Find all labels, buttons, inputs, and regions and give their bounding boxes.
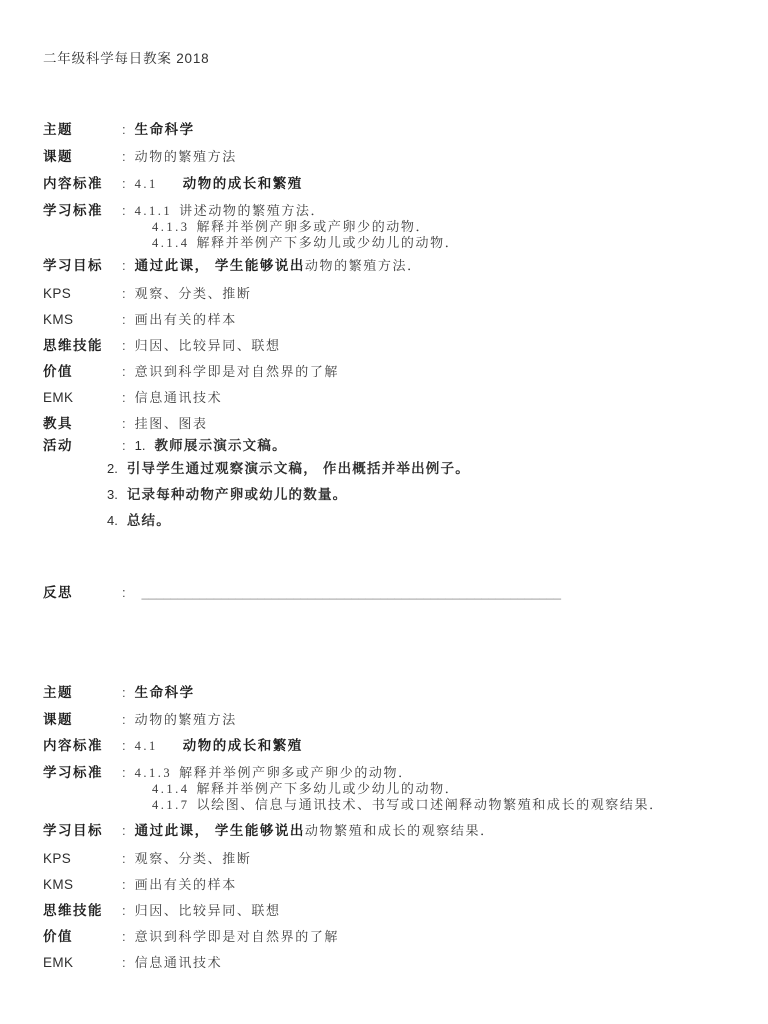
field-value: 信息通讯技术: [135, 390, 223, 406]
field-value: 解释并举例产卵多或产卵少的动物．: [197, 219, 431, 235]
field-row-emk: EMK:信息通讯技术: [43, 390, 222, 406]
field-value: 动物的繁殖方法: [135, 149, 237, 165]
field-label-content-standard: 内容标准: [43, 176, 122, 192]
field-row-kps: KPS:观察、分类、推断: [43, 851, 251, 867]
field-row-kms: KMS:画出有关的样本: [43, 312, 237, 328]
colon-separator: :: [122, 122, 126, 138]
field-value: 4.1.7: [152, 797, 190, 813]
field-row-content-standard: 内容标准:4.1动物的成长和繁殖: [43, 738, 303, 754]
field-value: 归因、比较异同、联想: [135, 903, 281, 919]
field-value: 动物的繁殖方法: [135, 712, 237, 728]
field-row-values: 价值:意识到科学即是对自然界的了解: [43, 364, 339, 380]
field-label-emk: EMK: [43, 955, 122, 971]
field-value: 意识到科学即是对自然界的了解: [135, 364, 339, 380]
field-label-reflection: 反思: [43, 585, 122, 601]
field-value: 归因、比较异同、联想: [135, 338, 281, 354]
colon-separator: :: [122, 149, 126, 165]
field-value: 解释并举例产下多幼儿或少幼儿的动物．: [197, 235, 460, 251]
field-label-content-standard: 内容标准: [43, 738, 122, 754]
colon-separator: :: [122, 286, 126, 302]
colon-separator: :: [122, 203, 126, 219]
field-row-kps: KPS:观察、分类、推断: [43, 286, 251, 302]
colon-separator: :: [122, 851, 126, 867]
field-row-learning-objective: 学习目标:通过此课， 学生能够说出动物的繁殖方法．: [43, 258, 422, 274]
field-value: 画出有关的样本: [135, 877, 237, 893]
field-value: 以绘图、信息与通讯技术、书写或口述阐释动物繁殖和成长的观察结果．: [197, 797, 664, 813]
field-label-kps: KPS: [43, 851, 122, 867]
field-value: 讲述动物的繁殖方法．: [179, 203, 325, 219]
colon-separator: :: [122, 416, 126, 432]
field-value: 4.1.3: [152, 219, 190, 235]
field-row-learning-standard: 学习标准:4.1.3解释并举例产卵多或产卵少的动物．: [43, 765, 413, 781]
field-row-theme: 主题:生命科学: [43, 685, 195, 701]
colon-separator: :: [122, 929, 126, 945]
field-label-topic: 课题: [43, 149, 122, 165]
field-label-emk: EMK: [43, 390, 122, 406]
field-row-thinking-skills: 思维技能:归因、比较异同、联想: [43, 903, 281, 919]
document-title: 二年级科学每日教案 2018: [43, 47, 209, 67]
field-value: 信息通讯技术: [135, 955, 223, 971]
field-value: 教师展示演示文稿。: [154, 438, 286, 454]
field-value: 生命科学: [135, 122, 195, 138]
field-value: 解释并举例产下多幼儿或少幼儿的动物．: [197, 781, 460, 797]
colon-separator: :: [122, 877, 126, 893]
field-row-learning-standard-item: 4.1.7以绘图、信息与通讯技术、书写或口述阐释动物繁殖和成长的观察结果．: [152, 797, 664, 813]
field-row-emk: EMK:信息通讯技术: [43, 955, 222, 971]
colon-separator: :: [122, 338, 126, 354]
field-value: 引导学生通过观察演示文稿， 作出概括并举出例子。: [127, 461, 470, 477]
colon-separator: :: [122, 312, 126, 328]
field-row-teaching-aids: 教具:挂图、图表: [43, 416, 208, 432]
field-label-thinking-skills: 思维技能: [43, 903, 122, 919]
field-label-learning-objective: 学习目标: [43, 258, 122, 274]
field-value: 通过此课， 学生能够说出: [135, 258, 305, 274]
colon-separator: :: [122, 738, 126, 754]
field-row-activity-item: 4.总结。: [107, 513, 171, 529]
field-row-reflection: 反思:_____________________________________…: [43, 585, 561, 601]
colon-separator: :: [122, 903, 126, 919]
field-label-theme: 主题: [43, 685, 122, 701]
field-value: 解释并举例产卵多或产卵少的动物．: [179, 765, 413, 781]
field-row-content-standard: 内容标准:4.1动物的成长和繁殖: [43, 176, 303, 192]
field-value: 记录每种动物产卵或幼儿的数量。: [127, 487, 348, 503]
field-row-learning-standard-item: 4.1.3解释并举例产卵多或产卵少的动物．: [152, 219, 430, 235]
field-row-activity-item: 2.引导学生通过观察演示文稿， 作出概括并举出例子。: [107, 461, 470, 477]
colon-separator: :: [122, 258, 126, 274]
field-value: 动物的成长和繁殖: [183, 176, 303, 192]
field-label-learning-standard: 学习标准: [43, 203, 122, 219]
field-label-values: 价值: [43, 364, 122, 380]
field-row-theme: 主题:生命科学: [43, 122, 195, 138]
field-value: 挂图、图表: [135, 416, 208, 432]
field-value: 动物繁殖和成长的观察结果．: [305, 823, 495, 839]
field-label-learning-objective: 学习目标: [43, 823, 122, 839]
field-value: 4.1: [135, 176, 158, 192]
field-label-values: 价值: [43, 929, 122, 945]
colon-separator: :: [122, 712, 126, 728]
field-row-activities: 活动:1.教师展示演示文稿。: [43, 438, 287, 454]
field-label-kms: KMS: [43, 312, 122, 328]
field-value: 通过此课， 学生能够说出: [135, 823, 305, 839]
field-row-kms: KMS:画出有关的样本: [43, 877, 237, 893]
colon-separator: :: [122, 364, 126, 380]
field-row-thinking-skills: 思维技能:归因、比较异同、联想: [43, 338, 281, 354]
field-value: 动物的成长和繁殖: [183, 738, 303, 754]
field-value: 4.1: [135, 738, 158, 754]
field-label-activities: 活动: [43, 438, 122, 454]
field-row-topic: 课题:动物的繁殖方法: [43, 149, 237, 165]
colon-separator: :: [122, 438, 126, 454]
colon-separator: :: [122, 765, 126, 781]
colon-separator: :: [122, 685, 126, 701]
field-value: 观察、分类、推断: [135, 286, 252, 302]
field-label-learning-standard: 学习标准: [43, 765, 122, 781]
colon-separator: :: [122, 585, 126, 601]
field-value: 总结。: [127, 513, 171, 529]
field-label-thinking-skills: 思维技能: [43, 338, 122, 354]
document-page: 二年级科学每日教案 2018 主题:生命科学课题:动物的繁殖方法内容标准:4.1…: [0, 0, 768, 1024]
field-value: 4.1.3: [135, 765, 173, 781]
field-row-learning-standard-item: 4.1.4解释并举例产下多幼儿或少幼儿的动物．: [152, 781, 459, 797]
field-label-topic: 课题: [43, 712, 122, 728]
field-value: 意识到科学即是对自然界的了解: [135, 929, 339, 945]
field-value: 观察、分类、推断: [135, 851, 252, 867]
colon-separator: :: [122, 390, 126, 406]
field-value: 4.1.1: [135, 203, 173, 219]
colon-separator: :: [122, 176, 126, 192]
field-value: 1.: [135, 438, 146, 454]
field-row-values: 价值:意识到科学即是对自然界的了解: [43, 929, 339, 945]
field-value: 4.1.4: [152, 235, 190, 251]
field-value: 3.: [107, 487, 118, 503]
field-value: 2.: [107, 461, 118, 477]
field-label-kms: KMS: [43, 877, 122, 893]
field-label-theme: 主题: [43, 122, 122, 138]
field-value: 画出有关的样本: [135, 312, 237, 328]
field-row-activity-item: 3.记录每种动物产卵或幼儿的数量。: [107, 487, 347, 503]
field-row-learning-standard: 学习标准:4.1.1讲述动物的繁殖方法．: [43, 203, 325, 219]
colon-separator: :: [122, 955, 126, 971]
field-value: 动物的繁殖方法．: [305, 258, 422, 274]
field-row-topic: 课题:动物的繁殖方法: [43, 712, 237, 728]
field-value: 4.1.4: [152, 781, 190, 797]
field-value: 4.: [107, 513, 118, 529]
colon-separator: :: [122, 823, 126, 839]
field-value: 生命科学: [135, 685, 195, 701]
field-row-learning-objective: 学习目标:通过此课， 学生能够说出动物繁殖和成长的观察结果．: [43, 823, 495, 839]
field-label-kps: KPS: [43, 286, 122, 302]
reflection-blank-line: ________________________________________…: [142, 585, 561, 601]
field-row-learning-standard-item: 4.1.4解释并举例产下多幼儿或少幼儿的动物．: [152, 235, 459, 251]
field-label-teaching-aids: 教具: [43, 416, 122, 432]
